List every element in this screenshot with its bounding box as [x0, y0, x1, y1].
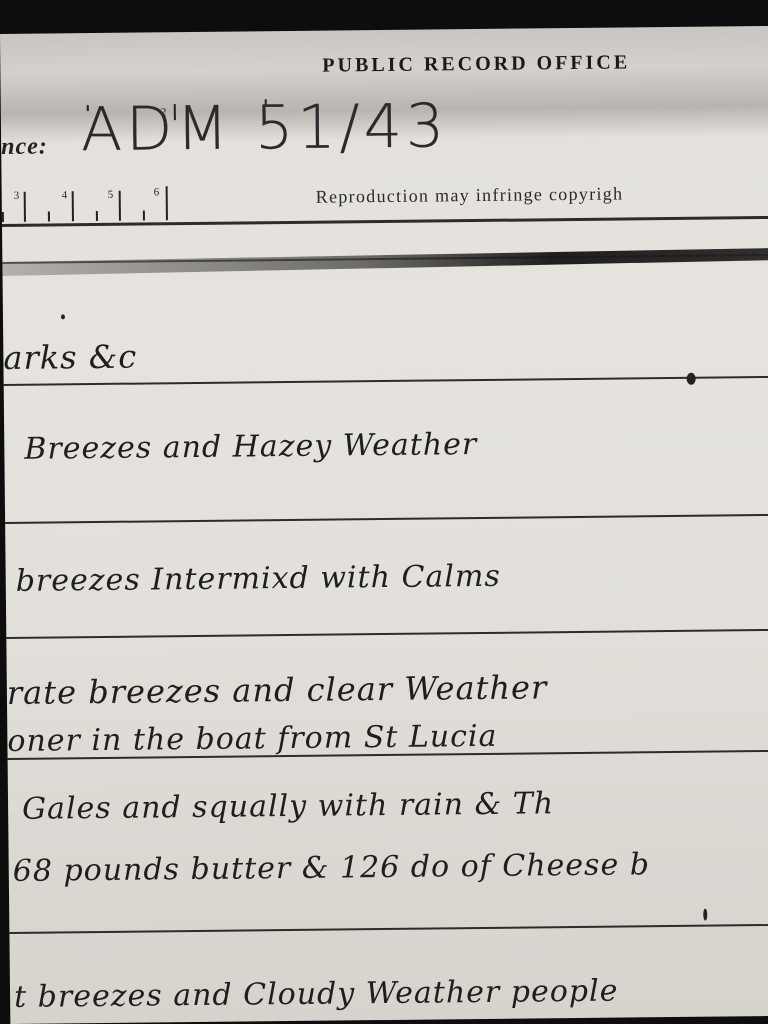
log-entry-4-line-2: 68 pounds butter & 126 do of Cheese b — [13, 847, 651, 889]
log-entry-1-line-1: Breezes and Hazey Weather — [24, 427, 477, 467]
ink-speck — [61, 314, 65, 319]
document-page: 2 PUBLIC RECORD OFFICE nce: ADM 51/43 3 … — [0, 26, 768, 1024]
log-entry-4-line-1: Gales and squally with rain & Th — [22, 786, 554, 827]
office-title: PUBLIC RECORD OFFICE — [322, 51, 630, 77]
ruler-number: 6 — [154, 186, 160, 198]
ruler-number: 4 — [62, 189, 68, 201]
ruler-tick — [119, 191, 121, 221]
ruler-number: 3 — [14, 190, 20, 202]
log-entry-5-line-1: t breezes and Cloudy Weather people — [14, 974, 619, 1015]
reference-label: nce: — [1, 134, 48, 161]
log-entry-3-line-1: rate breezes and clear Weather — [7, 668, 548, 712]
row-divider — [5, 514, 768, 524]
column-heading-remarks: arks &c — [3, 338, 137, 377]
header-band: 2 PUBLIC RECORD OFFICE nce: ADM 51/43 3 … — [0, 26, 768, 234]
log-entry-2-line-1: breezes Intermixd with Calms — [16, 559, 501, 599]
ruler-tick — [24, 192, 26, 222]
ruler-tick — [96, 211, 98, 221]
copyright-notice: Reproduction may infringe copyrigh — [316, 183, 624, 207]
ruler-tick — [72, 191, 74, 221]
reference-value: ADM 51/43 — [81, 91, 449, 165]
row-divider — [9, 924, 768, 934]
ruler-tick — [143, 210, 145, 220]
ink-speck — [703, 909, 707, 921]
ruler-tick — [2, 212, 4, 222]
ink-smear-rule — [2, 248, 768, 276]
row-divider — [4, 376, 768, 386]
ruler-tick — [48, 211, 50, 221]
ruler-tick — [166, 186, 168, 220]
row-divider — [6, 629, 768, 639]
ruler-number: 5 — [108, 189, 114, 201]
ruler-bottom: 3 4 5 6 — [2, 181, 262, 224]
ink-blot — [687, 373, 696, 385]
